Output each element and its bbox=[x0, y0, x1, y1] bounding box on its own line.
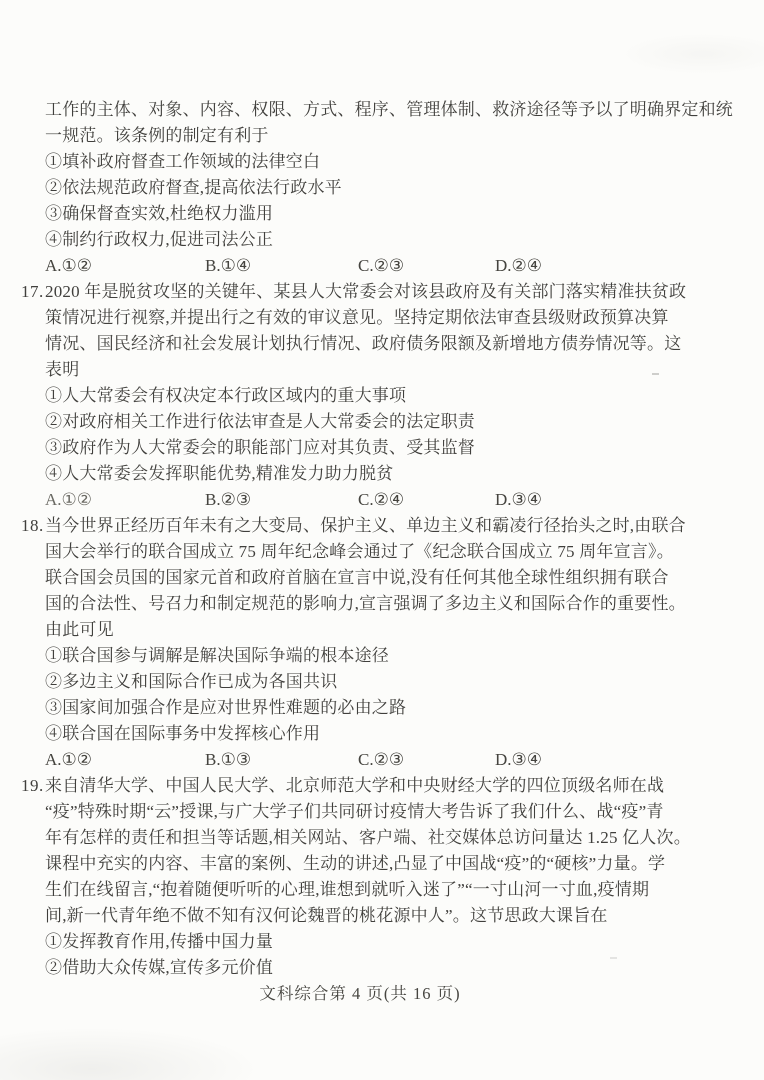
exam-content: 工作的主体、对象、内容、权限、方式、程序、管理体制、救济途径等予以了明确界定和统… bbox=[45, 97, 717, 1007]
question-body-line: 年有怎样的责任和担当等话题,相关网站、客户端、社交媒体总访问量达 1.25 亿人… bbox=[45, 825, 717, 851]
question-body-line: 2020 年是脱贫攻坚的关键年、某县人大常委会对该县政府及有关部门落实精准扶贫政 bbox=[45, 282, 686, 301]
exam-scan-page: 工作的主体、对象、内容、权限、方式、程序、管理体制、救济途径等予以了明确界定和统… bbox=[0, 0, 764, 1080]
option-c: C.②③ bbox=[358, 747, 404, 773]
question-19: 19. 来自清华大学、中国人民大学、北京师范大学和中央财经大学的四位顶级名师在战… bbox=[45, 773, 717, 981]
options-row: A.①② B.①④ C.②③ D.②④ bbox=[45, 253, 717, 279]
question-body-line: 课程中充实的内容、丰富的案例、生动的讲述,凸显了中国战“疫”的“硬核”力量。学 bbox=[45, 851, 717, 877]
scan-artifact bbox=[652, 373, 659, 375]
question-body-line: 表明 bbox=[45, 357, 717, 383]
option-d: D.③④ bbox=[495, 747, 542, 773]
option-a: A.①② bbox=[45, 253, 92, 279]
options-row: A.①② B.②③ C.②④ D.③④ bbox=[45, 487, 717, 513]
question-body-line: 国大会举行的联合国成立 75 周年纪念峰会通过了《纪念联合国成立 75 周年宣言… bbox=[45, 539, 717, 565]
option-b: B.①④ bbox=[205, 253, 251, 279]
choice-item-3: ③国家间加强合作是应对世界性难题的必由之路 bbox=[45, 695, 717, 721]
question-first-line: 18. 当今世界正经历百年未有之大变局、保护主义、单边主义和霸凌行径抬头之时,由… bbox=[45, 513, 717, 539]
question-body-line: 当今世界正经历百年未有之大变局、保护主义、单边主义和霸凌行径抬头之时,由联合 bbox=[45, 516, 686, 535]
question-body-line: 间,新一代青年绝不做不知有汉何论魏晋的桃花源中人”。这节思政大课旨在 bbox=[45, 903, 717, 929]
choice-item-2: ②多边主义和国际合作已成为各国共识 bbox=[45, 669, 717, 695]
option-a: A.①② bbox=[45, 487, 92, 513]
options-row: A.①② B.①③ C.②③ D.③④ bbox=[45, 747, 717, 773]
option-a: A.①② bbox=[45, 747, 92, 773]
question-17: 17. 2020 年是脱贫攻坚的关键年、某县人大常委会对该县政府及有关部门落实精… bbox=[45, 279, 717, 513]
question-body-line: 生们在线留言,“抱着随便听听的心理,谁想到就听入迷了”“一寸山河一寸血,疫情期 bbox=[45, 877, 717, 903]
choice-item-3: ③确保督查实效,杜绝权力滥用 bbox=[45, 201, 717, 227]
option-c: C.②④ bbox=[358, 487, 404, 513]
question-16-continuation: 工作的主体、对象、内容、权限、方式、程序、管理体制、救济途径等予以了明确界定和统… bbox=[45, 97, 717, 279]
scan-artifact bbox=[610, 957, 617, 959]
question-first-line: 17. 2020 年是脱贫攻坚的关键年、某县人大常委会对该县政府及有关部门落实精… bbox=[45, 279, 717, 305]
question-body-line: 联合国会员国的国家元首和政府首脑在宣言中说,没有任何其他全球性组织拥有联合 bbox=[45, 565, 717, 591]
question-number: 19. bbox=[21, 773, 44, 799]
question-number: 18. bbox=[21, 513, 44, 539]
question-body-line: 由此可见 bbox=[45, 617, 717, 643]
choice-item-3: ③政府作为人大常委会的职能部门应对其负责、受其监督 bbox=[45, 435, 717, 461]
question-body-line: 工作的主体、对象、内容、权限、方式、程序、管理体制、救济途径等予以了明确界定和统 bbox=[45, 97, 717, 123]
choice-item-4: ④联合国在国际事务中发挥核心作用 bbox=[45, 721, 717, 747]
choice-item-1: ①发挥教育作用,传播中国力量 bbox=[45, 929, 717, 955]
question-body-line: 来自清华大学、中国人民大学、北京师范大学和中央财经大学的四位顶级名师在战 bbox=[45, 776, 664, 795]
choice-item-4: ④人大常委会发挥职能优势,精准发力助力脱贫 bbox=[45, 461, 717, 487]
question-body-line: “疫”特殊时期“云”授课,与广大学子们共同研讨疫情大考告诉了我们什么、战“疫”青 bbox=[45, 799, 717, 825]
choice-item-1: ①联合国参与调解是解决国际争端的根本途径 bbox=[45, 643, 717, 669]
question-first-line: 19. 来自清华大学、中国人民大学、北京师范大学和中央财经大学的四位顶级名师在战 bbox=[45, 773, 717, 799]
question-body-line: 策情况进行视察,并提出行之有效的审议意见。坚持定期依法审查县级财政预算决算 bbox=[45, 305, 717, 331]
choice-item-2: ②依法规范政府督查,提高依法行政水平 bbox=[45, 175, 717, 201]
option-b: B.②③ bbox=[205, 487, 251, 513]
option-d: D.②④ bbox=[495, 253, 542, 279]
question-18: 18. 当今世界正经历百年未有之大变局、保护主义、单边主义和霸凌行径抬头之时,由… bbox=[45, 513, 717, 773]
question-body-line: 一规范。该条例的制定有利于 bbox=[45, 123, 717, 149]
question-body-line: 情况、国民经济和社会发展计划执行情况、政府债务限额及新增地方债券情况等。这 bbox=[45, 331, 717, 357]
choice-item-1: ①填补政府督查工作领域的法律空白 bbox=[45, 149, 717, 175]
choice-item-4: ④制约行政权力,促进司法公正 bbox=[45, 227, 717, 253]
option-b: B.①③ bbox=[205, 747, 251, 773]
page-footer: 文科综合第 4 页(共 16 页) bbox=[45, 981, 675, 1007]
choice-item-1: ①人大常委会有权决定本行政区域内的重大事项 bbox=[45, 383, 717, 409]
question-body-line: 国的合法性、号召力和制定规范的影响力,宣言强调了多边主义和国际合作的重要性。 bbox=[45, 591, 717, 617]
question-number: 17. bbox=[21, 279, 44, 305]
option-d: D.③④ bbox=[495, 487, 542, 513]
option-c: C.②③ bbox=[358, 253, 404, 279]
choice-item-2: ②对政府相关工作进行依法审查是人大常委会的法定职责 bbox=[45, 409, 717, 435]
